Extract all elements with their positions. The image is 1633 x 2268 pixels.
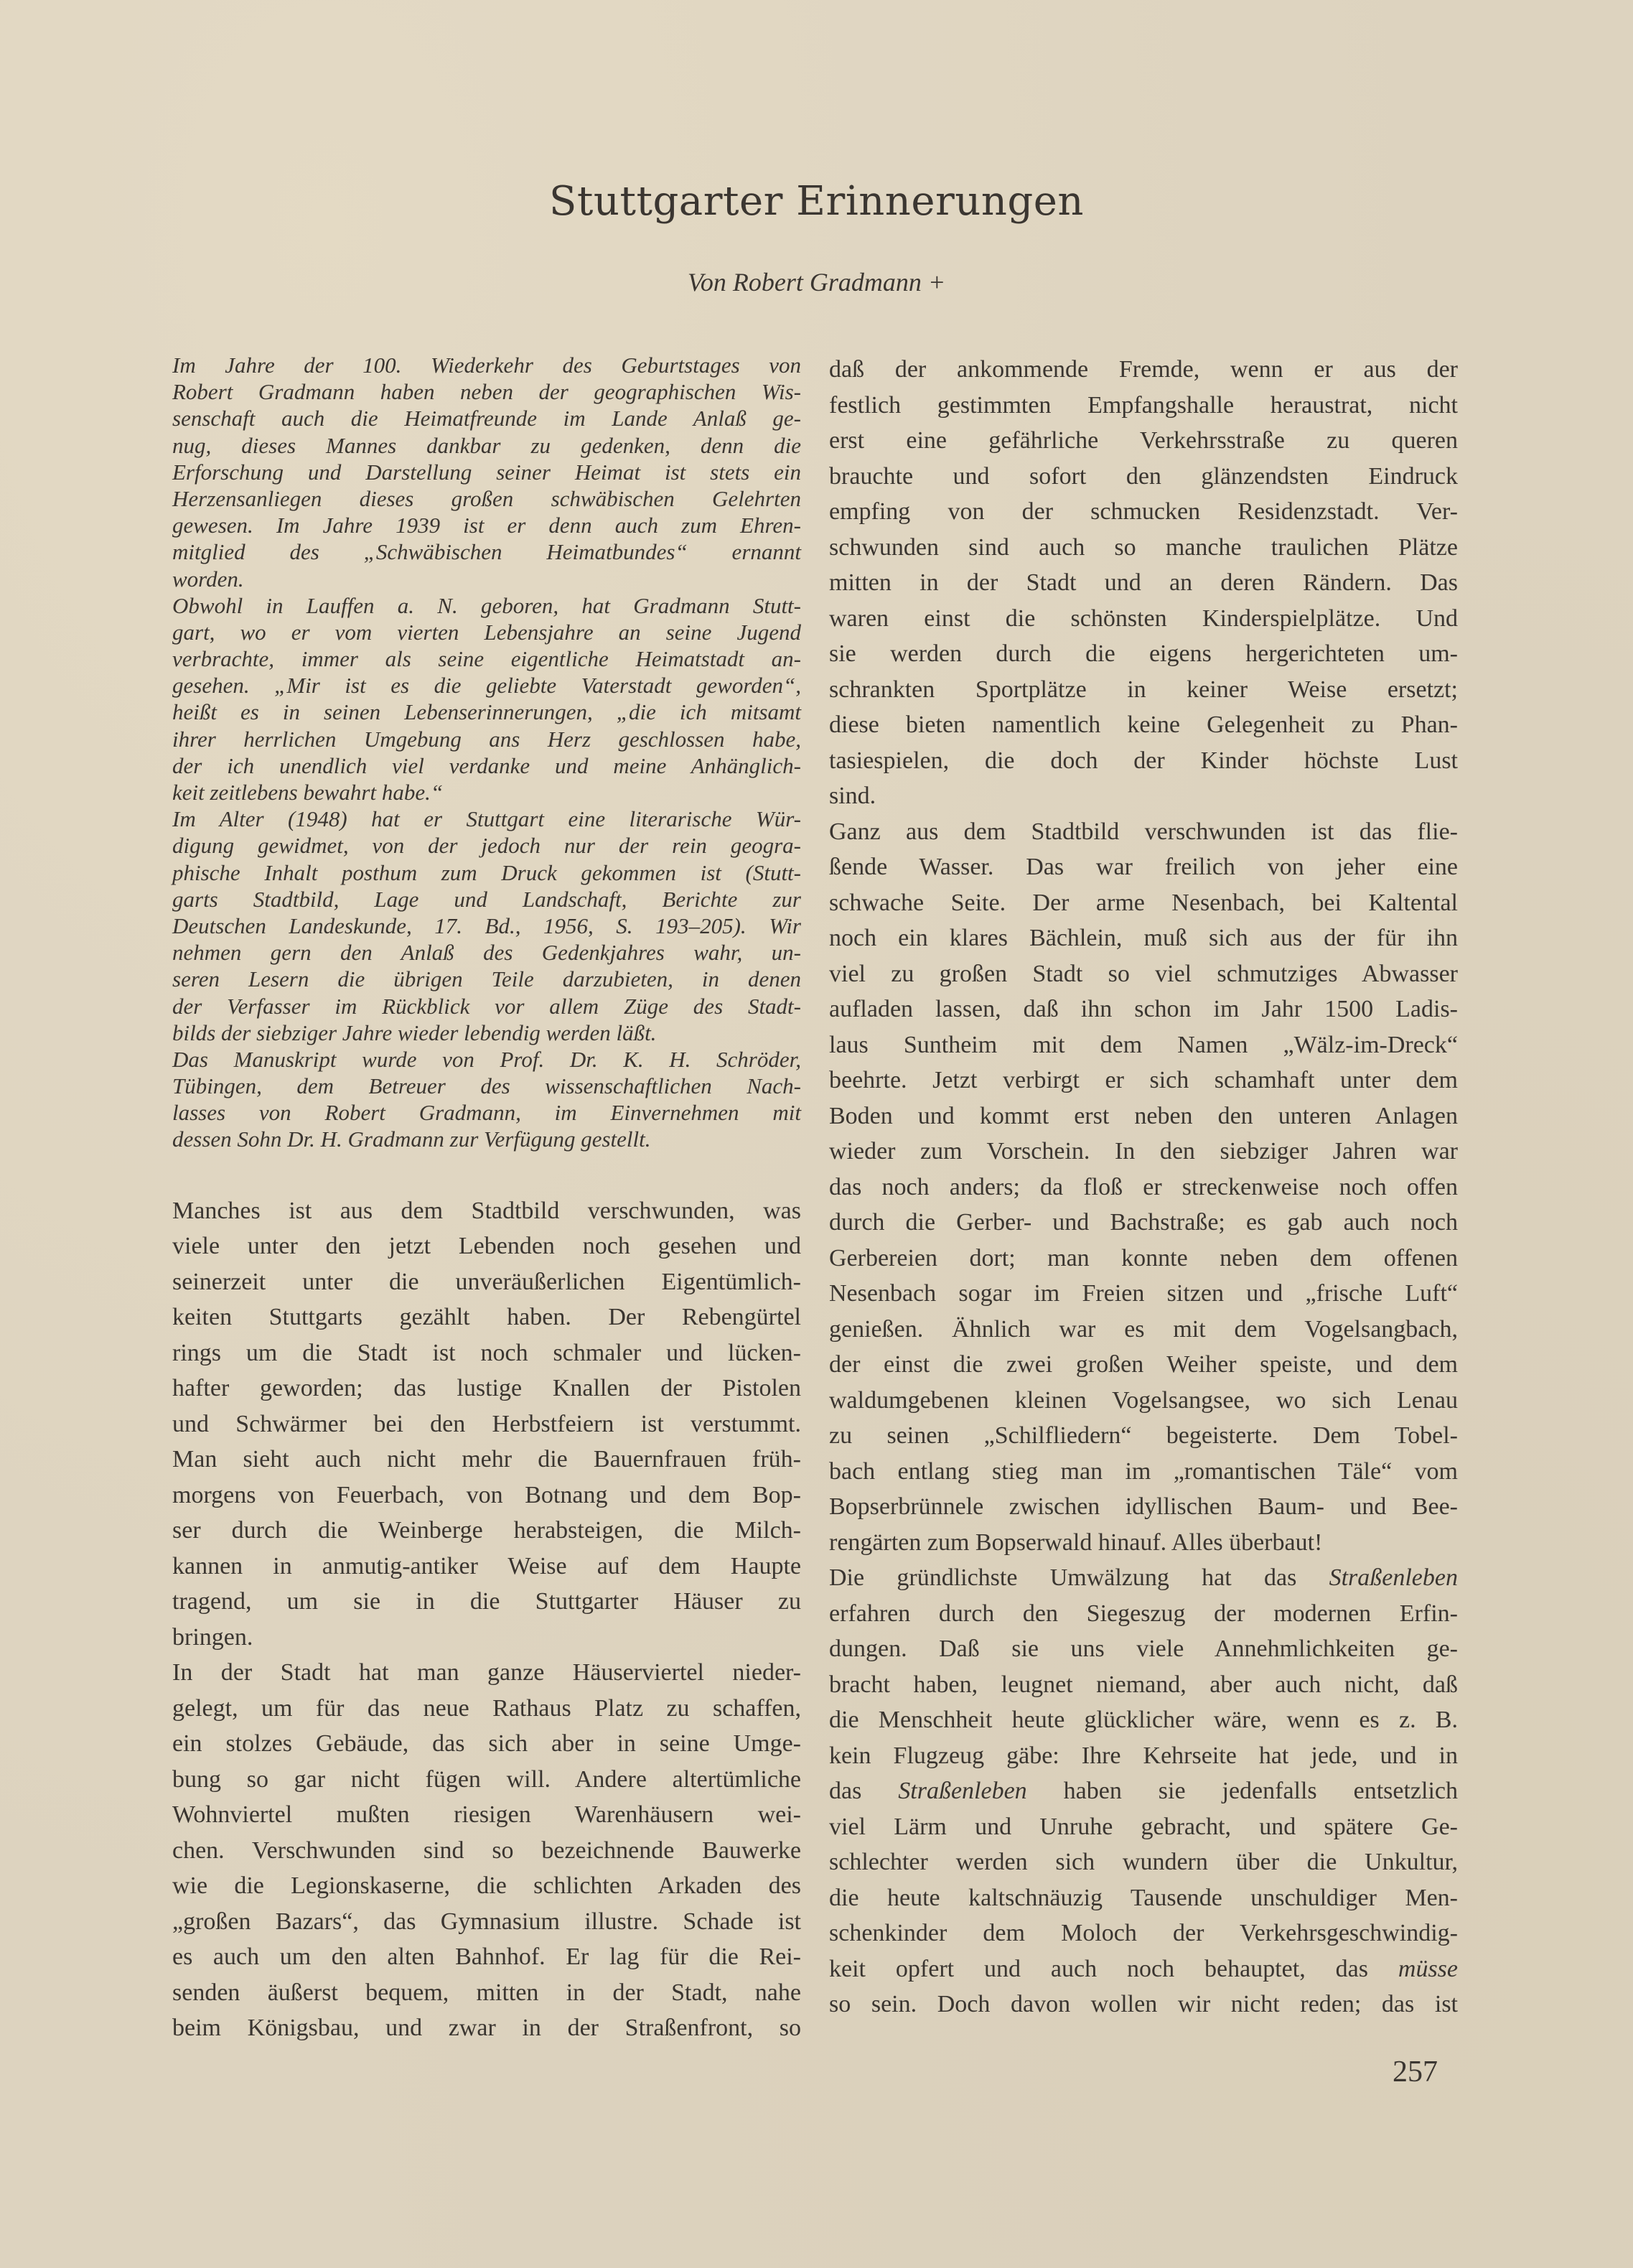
right-column: daß der ankommende Fremde, wenn er aus d… — [829, 352, 1458, 2022]
text-line: gewesen. Im Jahre 1939 ist er denn auch … — [172, 512, 801, 538]
text-line: Das Manuskript wurde von Prof. Dr. K. H.… — [172, 1046, 801, 1073]
text-line: diese bieten namentlich keine Gelegenhei… — [829, 707, 1458, 743]
text-line: Erforschung und Darstellung seiner Heima… — [172, 459, 801, 485]
section-gap — [172, 1153, 801, 1193]
text-line: wie die Legionskaserne, die schlichten A… — [172, 1868, 801, 1904]
text-line: „großen Bazars“, das Gymnasium illustre.… — [172, 1904, 801, 1940]
article-title: Stuttgarter Erinnerungen — [0, 178, 1633, 225]
text-line: ein stolzes Gebäude, das sich aber in se… — [172, 1726, 801, 1762]
text-line: gelegt, um für das neue Rathaus Platz zu… — [172, 1691, 801, 1727]
text-line: Im Alter (1948) hat er Stuttgart eine li… — [172, 806, 801, 832]
text-line: Nesenbach sogar im Freien sitzen und „fr… — [829, 1276, 1458, 1312]
text-line: viel Lärm und Unruhe gebracht, und späte… — [829, 1809, 1458, 1845]
text-line: aufladen lassen, daß ihn schon im Jahr 1… — [829, 991, 1458, 1027]
text-line: daß der ankommende Fremde, wenn er aus d… — [829, 352, 1458, 388]
text-line: rings um die Stadt ist noch schmaler und… — [172, 1335, 801, 1371]
text-line: wieder zum Vorschein. In den siebziger J… — [829, 1134, 1458, 1170]
text-line: heißt es in seinen Lebenserinnerungen, „… — [172, 699, 801, 725]
text-line: und Schwärmer bei den Herbstfeiern ist v… — [172, 1406, 801, 1442]
text-line: keit opfert und auch noch behauptet, das… — [829, 1951, 1458, 1987]
emphasis: Straßenleben — [1329, 1564, 1458, 1591]
emphasis: Straßenleben — [898, 1778, 1026, 1804]
text-line: ihrer herrlichen Umgebung ans Herz gesch… — [172, 726, 801, 752]
text-line: phische Inhalt posthum zum Druck gekomme… — [172, 859, 801, 886]
book-page: Stuttgarter Erinnerungen Von Robert Grad… — [0, 0, 1633, 2268]
text-line: schwache Seite. Der arme Nesenbach, bei … — [829, 885, 1458, 921]
text-line: so sein. Doch davon wollen wir nicht red… — [829, 1987, 1458, 2022]
text-line: waldumgebenen kleinen Vogelsangsee, wo s… — [829, 1383, 1458, 1419]
text-line: hafter geworden; das lustige Knallen der… — [172, 1371, 801, 1406]
text-line: waren einst die schönsten Kinderspielplä… — [829, 601, 1458, 637]
text-line: senschaft auch die Heimatfreunde im Land… — [172, 405, 801, 431]
text-line: schlechter werden sich wundern über die … — [829, 1844, 1458, 1880]
text-line: garts Stadtbild, Lage und Landschaft, Be… — [172, 886, 801, 913]
text-line: Die gründlichste Umwälzung hat das Straß… — [829, 1560, 1458, 1596]
text-line: kein Flugzeug gäbe: Ihre Kehrseite hat j… — [829, 1738, 1458, 1774]
text-line: bringen. — [172, 1620, 801, 1656]
text-line: der Verfasser im Rückblick vor allem Züg… — [172, 993, 801, 1019]
text-line: senden äußerst bequem, mitten in der Sta… — [172, 1975, 801, 2011]
text-line: Obwohl in Lauffen a. N. geboren, hat Gra… — [172, 592, 801, 619]
emphasis: müsse — [1398, 1956, 1458, 1982]
left-body-text: Manches ist aus dem Stadtbild verschwund… — [172, 1193, 801, 2046]
text-line: Tübingen, dem Betreuer des wissenschaftl… — [172, 1073, 801, 1099]
text-line: schwunden sind auch so manche traulichen… — [829, 530, 1458, 566]
text-line: Wohnviertel mußten riesigen Warenhäusern… — [172, 1797, 801, 1833]
text-line: Ganz aus dem Stadtbild verschwunden ist … — [829, 814, 1458, 850]
text-line: keiten Stuttgarts gezählt haben. Der Reb… — [172, 1299, 801, 1335]
text-line: beim Königsbau, und zwar in der Straßenf… — [172, 2010, 801, 2046]
text-line: brauchte und sofort den glänzendsten Ein… — [829, 459, 1458, 495]
text-line: keit zeitlebens bewahrt habe.“ — [172, 779, 801, 806]
text-line: die heute kaltschnäuzig Tausende unschul… — [829, 1880, 1458, 1916]
author-byline: Von Robert Gradmann + — [0, 267, 1633, 297]
text-line: worden. — [172, 566, 801, 592]
text-line: der ich unendlich viel verdanke und mein… — [172, 752, 801, 779]
text-line: sind. — [829, 778, 1458, 814]
right-body-text: daß der ankommende Fremde, wenn er aus d… — [829, 352, 1458, 2022]
text-line: bracht haben, leugnet niemand, aber auch… — [829, 1667, 1458, 1703]
text-line: die Menschheit heute glücklicher wäre, w… — [829, 1702, 1458, 1738]
text-line: kannen in anmutig-antiker Weise auf dem … — [172, 1549, 801, 1585]
page-number: 257 — [1393, 2055, 1438, 2089]
text-line: Robert Gradmann haben neben der geograph… — [172, 378, 801, 405]
text-line: Boden und kommt erst neben den unteren A… — [829, 1098, 1458, 1134]
text-line: gesehen. „Mir ist es die geliebte Vaters… — [172, 672, 801, 699]
text-line: verbrachte, immer als seine eigentliche … — [172, 645, 801, 672]
text-line: erfahren durch den Siegeszug der moderne… — [829, 1596, 1458, 1632]
text-line: Man sieht auch nicht mehr die Bauernfrau… — [172, 1442, 801, 1478]
text-line: tragend, um sie in die Stuttgarter Häuse… — [172, 1584, 801, 1620]
text-line: noch ein klares Bächlein, muß sich aus d… — [829, 920, 1458, 956]
text-line: dungen. Daß sie uns viele Annehmlichkeit… — [829, 1631, 1458, 1667]
text-line: bung so gar nicht fügen will. Andere alt… — [172, 1762, 801, 1798]
text-line: rengärten zum Bopserwald hinauf. Alles ü… — [829, 1525, 1458, 1561]
text-line: das Straßenleben haben sie jedenfalls en… — [829, 1773, 1458, 1809]
text-line: beehrte. Jetzt verbirgt er sich schamhaf… — [829, 1063, 1458, 1098]
text-line: das noch anders; da floß er streckenweis… — [829, 1170, 1458, 1205]
text-line: schenkinder dem Moloch der Verkehrsgesch… — [829, 1915, 1458, 1951]
text-line: durch die Gerber- und Bachstraße; es gab… — [829, 1205, 1458, 1241]
text-line: ser durch die Weinberge herabsteigen, di… — [172, 1513, 801, 1549]
text-line: ßende Wasser. Das war freilich von jeher… — [829, 849, 1458, 885]
text-line: zu seinen „Schilfliedern“ begeisterte. D… — [829, 1418, 1458, 1454]
text-line: viele unter den jetzt Lebenden noch gese… — [172, 1228, 801, 1264]
text-line: lasses von Robert Gradmann, im Einverneh… — [172, 1099, 801, 1126]
text-line: schrankten Sportplätze in keiner Weise e… — [829, 672, 1458, 708]
text-line: dessen Sohn Dr. H. Gradmann zur Verfügun… — [172, 1126, 801, 1152]
text-line: Gerbereien dort; man konnte neben dem of… — [829, 1241, 1458, 1277]
text-line: festlich gestimmten Empfangshalle heraus… — [829, 388, 1458, 424]
text-line: viel zu großen Stadt so viel schmutziges… — [829, 956, 1458, 992]
text-line: empfing von der schmucken Residenzstadt.… — [829, 494, 1458, 530]
text-line: digung gewidmet, von der jedoch nur der … — [172, 832, 801, 859]
text-line: Bopserbrünnele zwischen idyllischen Baum… — [829, 1489, 1458, 1525]
editorial-introduction: Im Jahre der 100. Wiederkehr des Geburts… — [172, 352, 801, 1153]
text-line: seinerzeit unter die unveräußerlichen Ei… — [172, 1264, 801, 1300]
text-line: Manches ist aus dem Stadtbild verschwund… — [172, 1193, 801, 1229]
text-line: sie werden durch die eigens hergerichtet… — [829, 636, 1458, 672]
text-line: morgens von Feuerbach, von Botnang und d… — [172, 1478, 801, 1513]
text-line: Herzensanliegen dieses großen schwäbisch… — [172, 485, 801, 512]
text-line: bach entlang stieg man im „romantischen … — [829, 1454, 1458, 1490]
text-line: gart, wo er vom vierten Lebensjahre an s… — [172, 619, 801, 645]
text-line: nug, dieses Mannes dankbar zu gedenken, … — [172, 432, 801, 459]
text-line: In der Stadt hat man ganze Häuserviertel… — [172, 1655, 801, 1691]
text-line: bilds der siebziger Jahre wieder lebendi… — [172, 1019, 801, 1046]
text-line: der einst die zwei großen Weiher speiste… — [829, 1347, 1458, 1383]
text-line: genießen. Ähnlich war es mit dem Vogelsa… — [829, 1312, 1458, 1348]
text-line: seren Lesern die übrigen Teile darzubiet… — [172, 966, 801, 992]
text-line: chen. Verschwunden sind so bezeichnende … — [172, 1833, 801, 1869]
text-line: Deutschen Landeskunde, 17. Bd., 1956, S.… — [172, 913, 801, 939]
text-line: Im Jahre der 100. Wiederkehr des Geburts… — [172, 352, 801, 378]
text-line: es auch um den alten Bahnhof. Er lag für… — [172, 1939, 801, 1975]
text-line: nehmen gern den Anlaß des Gedenkjahres w… — [172, 939, 801, 966]
text-line: mitten in der Stadt und an deren Rändern… — [829, 565, 1458, 601]
text-line: tasiespielen, die doch der Kinder höchst… — [829, 743, 1458, 779]
text-line: erst eine gefährliche Verkehrsstraße zu … — [829, 423, 1458, 459]
text-line: mitglied des „Schwäbischen Heimatbundes“… — [172, 538, 801, 565]
text-line: laus Suntheim mit dem Namen „Wälz-im-Dre… — [829, 1027, 1458, 1063]
left-column: Im Jahre der 100. Wiederkehr des Geburts… — [172, 352, 801, 2046]
